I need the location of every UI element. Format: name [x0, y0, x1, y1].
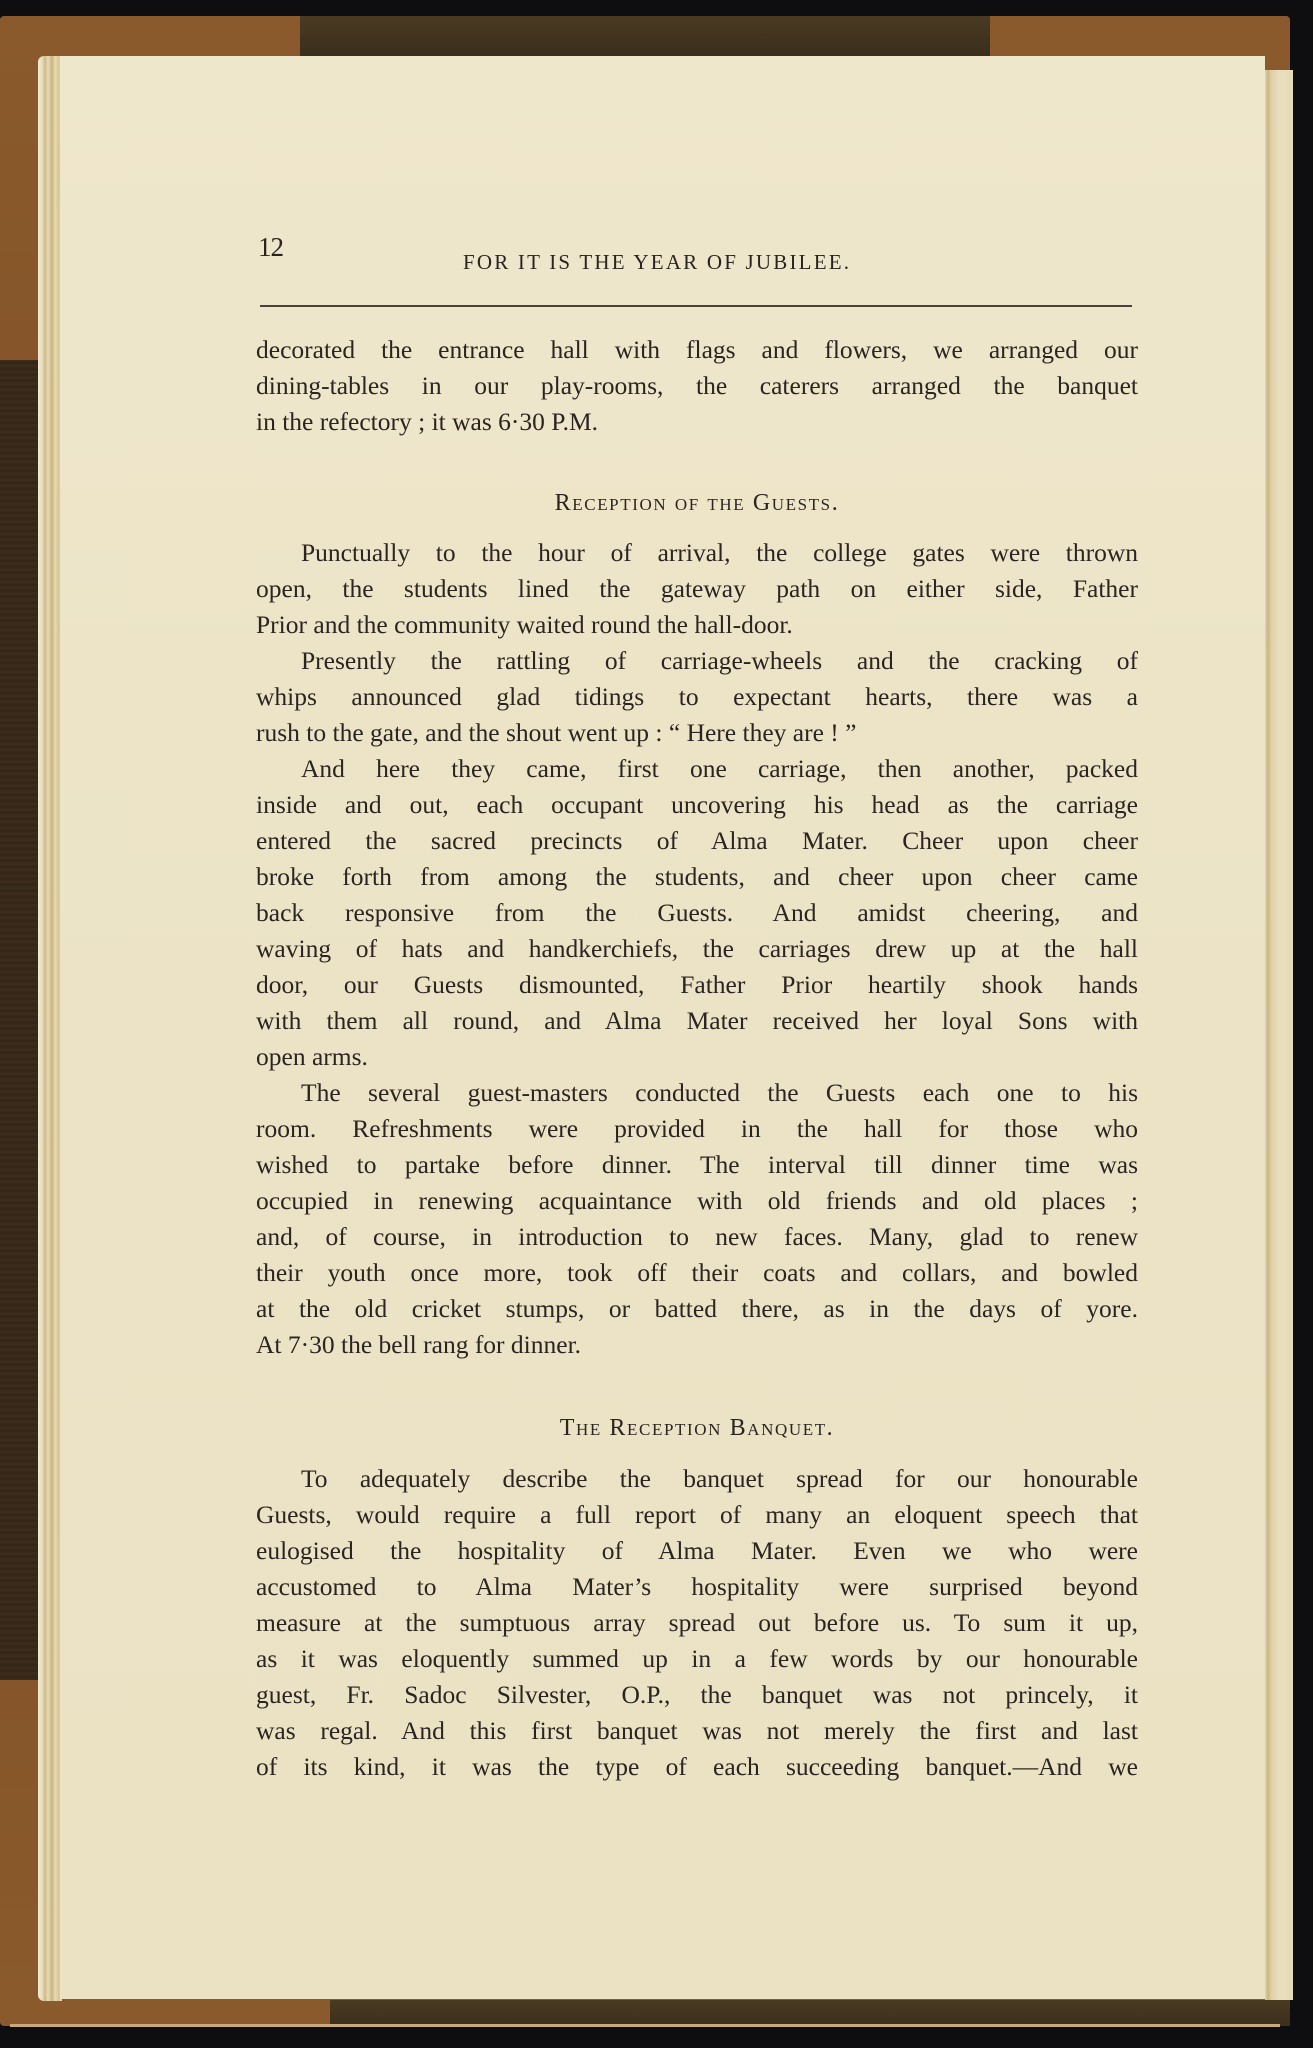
text-line: occupied in renewing acquaintance with o… [256, 1183, 1138, 1219]
text-line: open, the students lined the gateway pat… [256, 571, 1138, 607]
text-line: Punctually to the hour of arrival, the c… [301, 535, 1138, 571]
text-line: dining-tables in our play-rooms, the cat… [256, 368, 1138, 404]
text-line: measure at the sumptuous array spread ou… [256, 1605, 1138, 1641]
text-line: decorated the entrance hall with flags a… [256, 332, 1138, 368]
cover-wear-top [300, 16, 990, 56]
text-line: whips announced glad tidings to expectan… [256, 679, 1138, 715]
text-line: back responsive from the Guests. And ami… [256, 895, 1138, 931]
text-line: To adequately describe the banquet sprea… [301, 1461, 1138, 1497]
page-stack-right [1265, 70, 1293, 2000]
text-line: guest, Fr. Sadoc Silvester, O.P., the ba… [256, 1677, 1138, 1713]
text-line: Prior and the community waited round the… [256, 607, 1138, 643]
spine-leather [0, 360, 38, 1680]
text-line: broke forth from among the students, and… [256, 859, 1138, 895]
text-line: as it was eloquently summed up in a few … [256, 1641, 1138, 1677]
text-line: entered the sacred precincts of Alma Mat… [256, 823, 1138, 859]
text-line: And here they came, first one carriage, … [301, 751, 1138, 787]
text-line: of its kind, it was the type of each suc… [256, 1749, 1138, 1785]
text-line: eulogised the hospitality of Alma Mater.… [256, 1533, 1138, 1569]
text-line: door, our Guests dismounted, Father Prio… [256, 967, 1138, 1003]
text-line: waving of hats and handkerchiefs, the ca… [256, 931, 1138, 967]
text-line: inside and out, each occupant uncovering… [256, 787, 1138, 823]
text-line: at the old cricket stumps, or batted the… [256, 1291, 1138, 1327]
text-line: wished to partake before dinner. The int… [256, 1147, 1138, 1183]
page-number: 12 [258, 232, 283, 263]
text-line: The several guest-masters conducted the … [301, 1075, 1138, 1111]
text-line: Guests, would require a full report of m… [256, 1497, 1138, 1533]
text-line: Presently the rattling of carriage-wheel… [301, 643, 1138, 679]
text-line: At 7·30 the bell rang for dinner. [256, 1327, 1138, 1363]
section-heading: Reception of the Guests. [256, 490, 1138, 517]
text-line: in the refectory ; it was 6·30 P.M. [256, 404, 1138, 440]
text-line: their youth once more, took off their co… [256, 1255, 1138, 1291]
text-line: rush to the gate, and the shout went up … [256, 715, 1138, 751]
header-rule [260, 305, 1132, 307]
text-line: was regal. And this first banquet was no… [256, 1713, 1138, 1749]
running-head: FOR IT IS THE YEAR OF JUBILEE. [463, 250, 851, 275]
text-line: with them all round, and Alma Mater rece… [256, 1003, 1138, 1039]
text-line: and, of course, in introduction to new f… [256, 1219, 1138, 1255]
cover-gilt-edge [10, 2024, 1280, 2027]
page-stack-left [38, 56, 62, 2001]
cover-wear-bottom [330, 2000, 1290, 2026]
text-line: room. Refreshments were provided in the … [256, 1111, 1138, 1147]
section-heading: The Reception Banquet. [256, 1415, 1138, 1442]
text-line: open arms. [256, 1039, 1138, 1075]
text-line: accustomed to Alma Mater’s hospitality w… [256, 1569, 1138, 1605]
